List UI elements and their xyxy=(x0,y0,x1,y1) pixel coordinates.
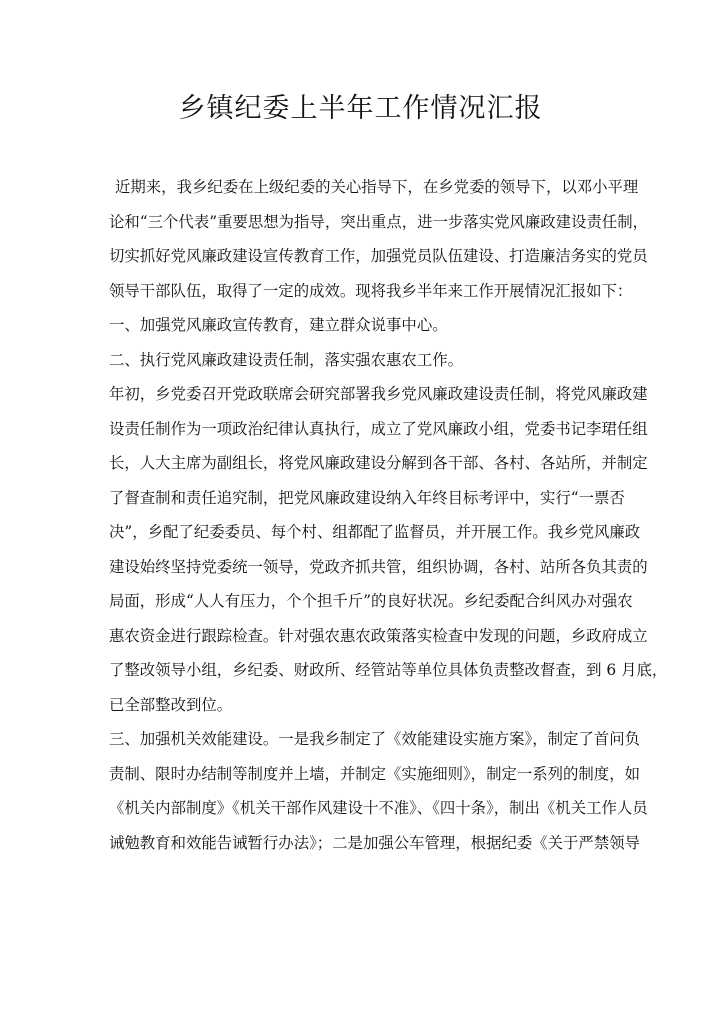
text-line: 一、加强党风廉政宣传教育，建立群众说事中心。 xyxy=(109,308,614,343)
text-line: 责制、限时办结制等制度并上墙，并制定《实施细则》，制定一系列的制度，如 xyxy=(109,757,614,792)
text-line: 建设始终坚持党委统一领导，党政齐抓共管，组织协调，各村、站所各负其责的 xyxy=(109,550,614,585)
text-line: 局面，形成“人人有压力，个个担千斤”的良好状况。乡纪委配合纠风办对强农 xyxy=(109,584,614,619)
text-line: 已全部整改到位。 xyxy=(109,688,614,723)
text-line: 设责任制作为一项政治纪律认真执行，成立了党风廉政小组，党委书记李珺任组 xyxy=(109,412,614,447)
text-line: 《机关内部制度》《机关干部作风建设十不准》、《四十条》，制出《机关工作人员 xyxy=(109,791,614,826)
text-line: 近期来，我乡纪委在上级纪委的关心指导下，在乡党委的领导下，以邓小平理 xyxy=(109,170,614,205)
text-line: 了整改领导小组，乡纪委、财政所、经管站等单位具体负责整改督查，到 6 月底， xyxy=(109,653,614,688)
text-line: 切实抓好党风廉政建设宣传教育工作，加强党员队伍建设、打造廉洁务实的党员 xyxy=(109,239,614,274)
text-line: 了督查制和责任追究制，把党风廉政建设纳入年终目标考评中，实行“一票否 xyxy=(109,481,614,516)
text-line: 二、执行党风廉政建设责任制，落实强农惠农工作。 xyxy=(109,343,614,378)
document-page: 乡镇纪委上半年工作情况汇报 近期来，我乡纪委在上级纪委的关心指导下，在乡党委的领… xyxy=(0,0,721,1020)
document-title: 乡镇纪委上半年工作情况汇报 xyxy=(0,86,721,125)
text-line: 诫勉教育和效能告诫暂行办法》；二是加强公车管理，根据纪委《关于严禁领导 xyxy=(109,826,614,861)
text-line: 领导干部队伍，取得了一定的成效。现将我乡半年来工作开展情况汇报如下： xyxy=(109,274,614,309)
text-line: 三、加强机关效能建设。一是我乡制定了《效能建设实施方案》，制定了首问负 xyxy=(109,722,614,757)
text-line: 论和“三个代表”重要思想为指导，突出重点，进一步落实党风廉政建设责任制， xyxy=(109,205,614,240)
text-line: 惠农资金进行跟踪检查。针对强农惠农政策落实检查中发现的问题，乡政府成立 xyxy=(109,619,614,654)
text-line: 决”，乡配了纪委委员、每个村、组都配了监督员，并开展工作。我乡党风廉政 xyxy=(109,515,614,550)
text-line: 年初，乡党委召开党政联席会研究部署我乡党风廉政建设责任制，将党风廉政建 xyxy=(109,377,614,412)
document-body: 近期来，我乡纪委在上级纪委的关心指导下，在乡党委的领导下，以邓小平理论和“三个代… xyxy=(109,170,614,860)
text-line: 长，人大主席为副组长，将党风廉政建设分解到各干部、各村、各站所，并制定 xyxy=(109,446,614,481)
